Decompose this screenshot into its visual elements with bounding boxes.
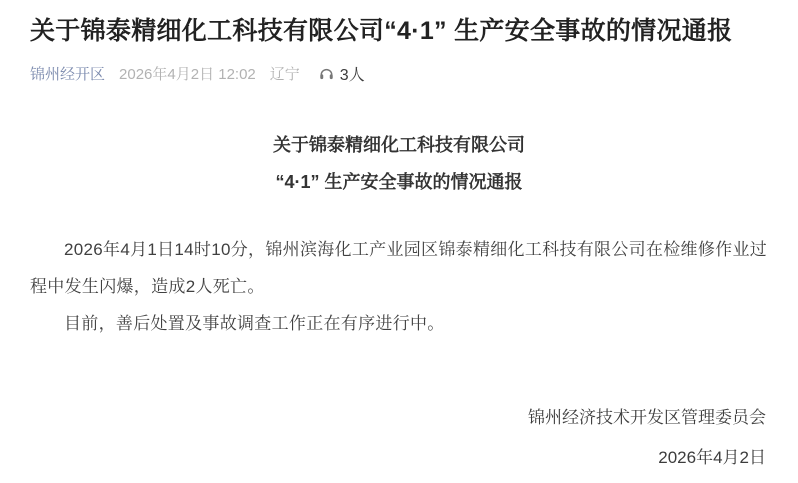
- doc-heading-line-2: “4·1” 生产安全事故的情况通报: [30, 164, 768, 201]
- doc-body: 2026年4月1日14时10分，锦州滨海化工产业园区锦泰精细化工科技有限公司在检…: [30, 231, 768, 342]
- doc-heading: 关于锦泰精细化工科技有限公司 “4·1” 生产安全事故的情况通报: [30, 127, 768, 201]
- article-meta: 锦州经开区 2026年4月2日 12:02 辽宁 3人: [30, 62, 768, 85]
- publish-datetime: 2026年4月2日 12:02: [119, 63, 256, 84]
- body-paragraph: 2026年4月1日14时10分，锦州滨海化工产业园区锦泰精细化工科技有限公司在检…: [30, 231, 768, 305]
- signature-block: 锦州经济技术开发区管理委员会 2026年4月2日: [30, 398, 768, 478]
- article-page: 关于锦泰精细化工科技有限公司“4·1” 生产安全事故的情况通报 锦州经开区 20…: [0, 0, 798, 483]
- listen-chip[interactable]: 3人: [318, 62, 365, 85]
- account-name-link[interactable]: 锦州经开区: [30, 63, 105, 84]
- listen-count: 3人: [340, 62, 365, 85]
- doc-heading-line-1: 关于锦泰精细化工科技有限公司: [30, 127, 768, 164]
- headphones-icon: [318, 65, 335, 82]
- body-paragraph: 目前，善后处置及事故调查工作正在有序进行中。: [30, 305, 768, 342]
- signature-date: 2026年4月2日: [30, 438, 766, 478]
- signature-org: 锦州经济技术开发区管理委员会: [30, 398, 766, 438]
- publish-location: 辽宁: [270, 63, 300, 84]
- article-title: 关于锦泰精细化工科技有限公司“4·1” 生产安全事故的情况通报: [30, 14, 768, 48]
